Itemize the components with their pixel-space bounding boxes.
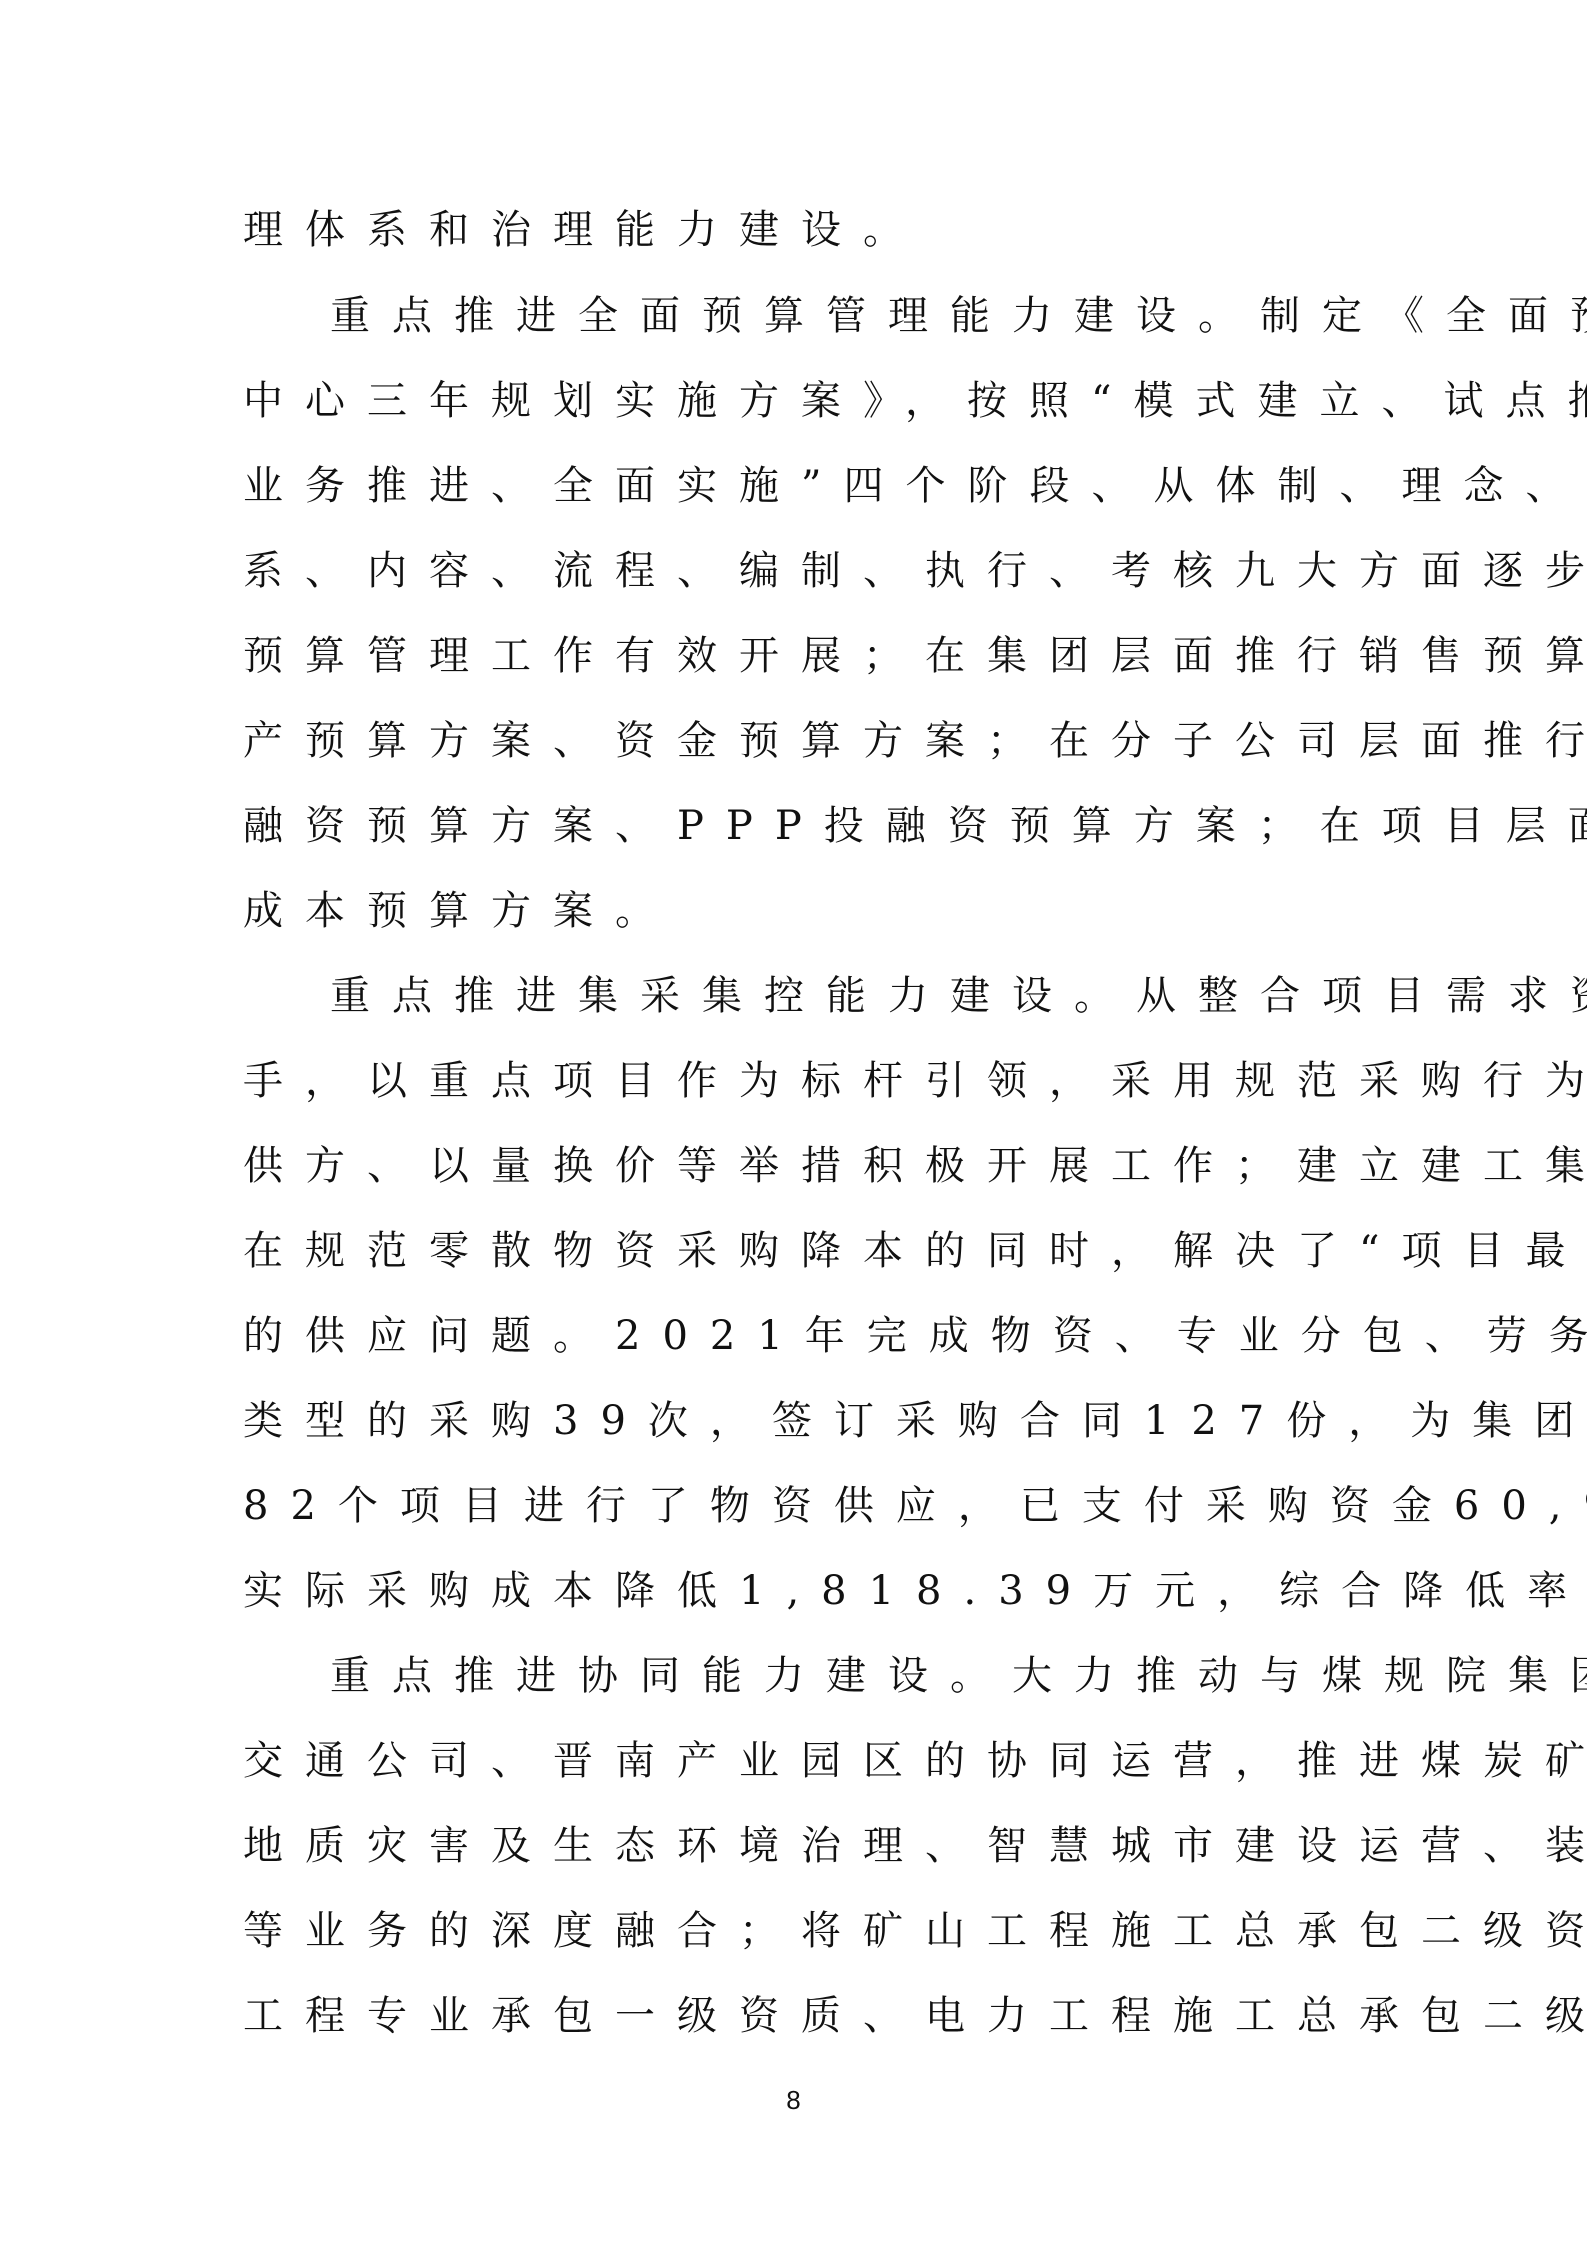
page-number: 8 [0, 2085, 1587, 2116]
text-line: 交通公司、晋南产业园区的协同运营，推进煤炭矿山矿井、 [243, 1731, 1353, 1791]
text-line: 等业务的深度融合；将矿山工程施工总承包二级资质、环保 [243, 1901, 1353, 1961]
text-line: 在规范零散物资采购降本的同时，解决了“项目最后一公里” [243, 1221, 1353, 1281]
text-line: 理体系和治理能力建设。 [243, 200, 1353, 260]
text-line: 82个项目进行了物资供应，已支付采购资金60,947.35万元， [243, 1476, 1353, 1536]
text-line: 供方、以量换价等举措积极开展工作；建立建工集采超市， [243, 1136, 1353, 1196]
text-line: 手，以重点项目作为标杆引领，采用规范采购行为、引入新 [243, 1051, 1353, 1111]
text-line: 系、内容、流程、编制、执行、考核九大方面逐步推进全面 [243, 541, 1353, 601]
text-line: 融资预算方案、PPP投融资预算方案；在项目层面推行项目 [243, 796, 1353, 856]
document-page: 理体系和治理能力建设。 重点推进全面预算管理能力建设。制定《全面预算管理 中心三… [0, 0, 1587, 2245]
text-line: 成本预算方案。 [243, 881, 1353, 941]
text-line: 类型的采购39次，签订采购合同127份，为集团公司所属的 [243, 1391, 1353, 1451]
text-line: 预算管理工作有效开展；在集团层面推行销售预算方案、生 [243, 626, 1353, 686]
paragraph-heading-line: 重点推进集采集控能力建设。从整合项目需求资源入 [330, 966, 1440, 1026]
text-line: 工程专业承包一级资质、电力工程施工总承包二级资质、石 [243, 1986, 1353, 2046]
text-line: 中心三年规划实施方案》，按照“模式建立、试点推行、分 [243, 371, 1353, 431]
paragraph-heading-line: 重点推进协同能力建设。大力推动与煤规院集团、静态 [330, 1646, 1440, 1706]
text-line: 产预算方案、资金预算方案；在分子公司层面推行房地产投 [243, 711, 1353, 771]
text-line: 地质灾害及生态环境治理、智慧城市建设运营、装配式建造 [243, 1816, 1353, 1876]
text-line: 业务推进、全面实施”四个阶段、从体制、理念、原则、体 [243, 456, 1353, 516]
text-line: 的供应问题。2021年完成物资、专业分包、劳务分包等不同 [243, 1306, 1353, 1366]
paragraph-heading-line: 重点推进全面预算管理能力建设。制定《全面预算管理 [330, 286, 1440, 346]
text-line: 实际采购成本降低1,818.39万元，综合降低率5.1%。 [243, 1561, 1353, 1621]
